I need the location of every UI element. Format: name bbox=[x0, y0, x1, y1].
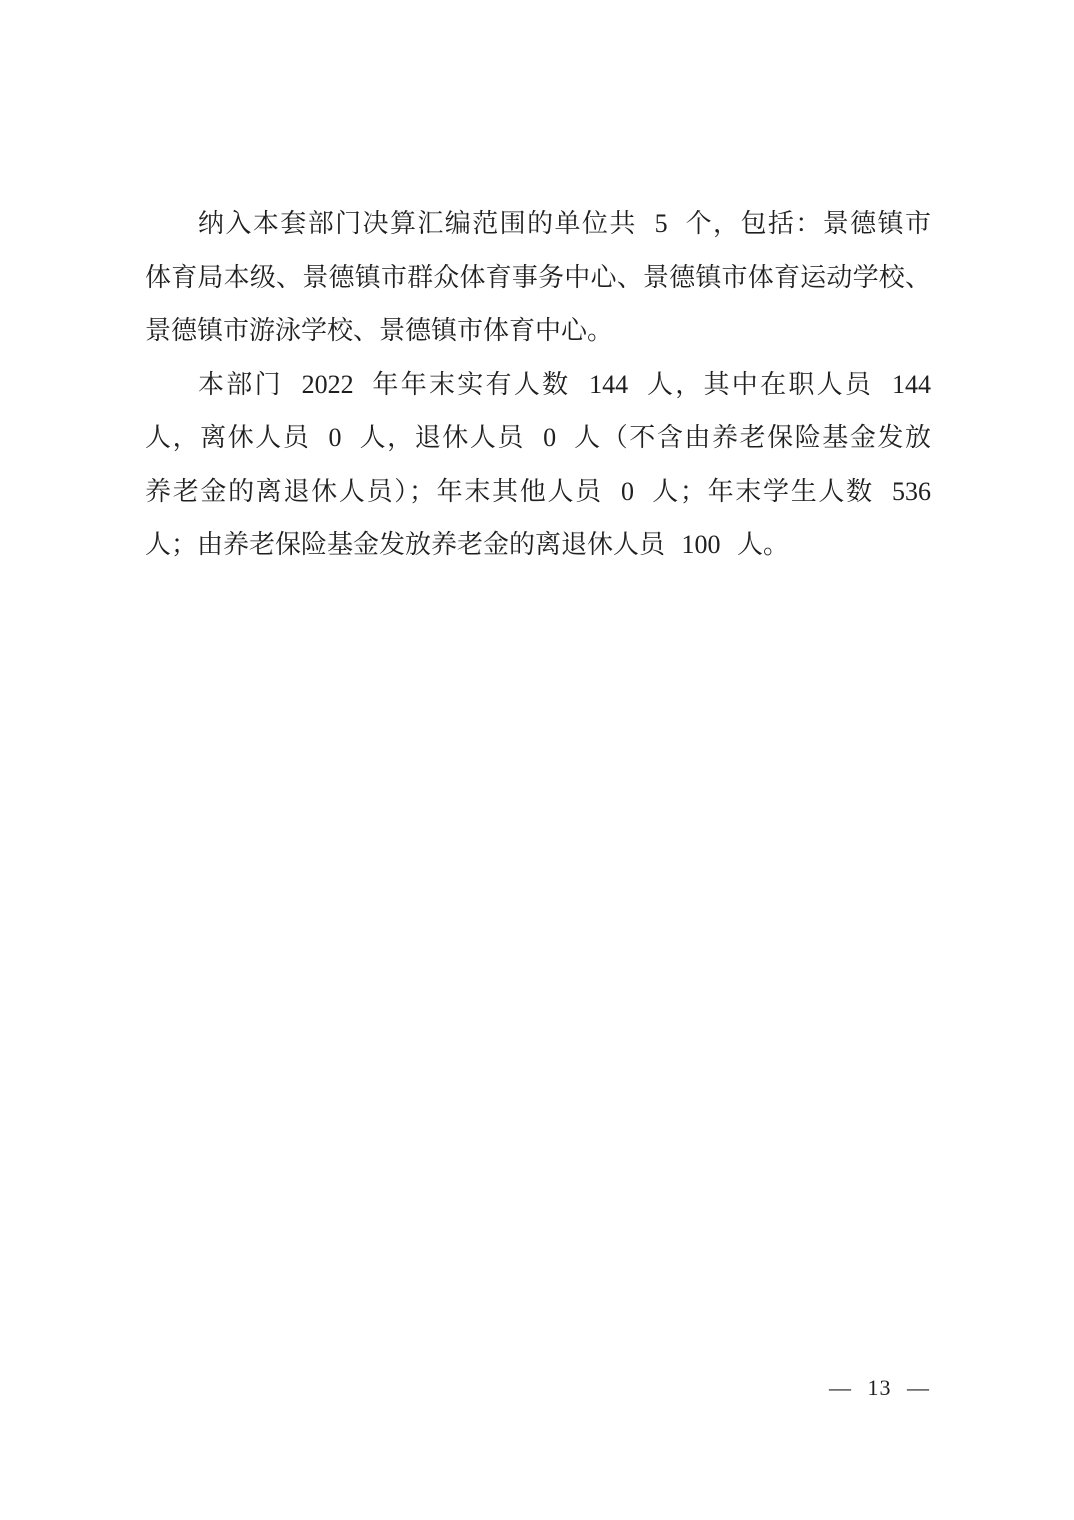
document-page: 纳入本套部门决算汇编范围的单位共 5 个，包括：景德镇市 体育局本级、景德镇市群… bbox=[0, 0, 1074, 1520]
paragraph-2-line-3: 养老金的离退休人员）；年末其他人员 0 人；年末学生人数 536 bbox=[145, 465, 931, 519]
paragraph-1-line-3: 景德镇市游泳学校、景德镇市体育中心。 bbox=[145, 304, 931, 358]
paragraph-2-line-4: 人；由养老保险基金发放养老金的离退休人员 100 人。 bbox=[145, 518, 931, 572]
text-block: 纳入本套部门决算汇编范围的单位共 5 个，包括：景德镇市 体育局本级、景德镇市群… bbox=[145, 197, 931, 572]
page-footer: — 13 — bbox=[829, 1372, 930, 1404]
paragraph-1-line-2: 体育局本级、景德镇市群众体育事务中心、景德镇市体育运动学校、 bbox=[145, 251, 931, 305]
paragraph-2-line-2: 人，离休人员 0 人，退休人员 0 人（不含由养老保险基金发放 bbox=[145, 411, 931, 465]
page-number: — 13 — bbox=[829, 1375, 930, 1401]
paragraph-1-line-1: 纳入本套部门决算汇编范围的单位共 5 个，包括：景德镇市 bbox=[145, 197, 931, 251]
paragraph-2-line-1: 本部门 2022 年年末实有人数 144 人，其中在职人员 144 bbox=[145, 358, 931, 412]
